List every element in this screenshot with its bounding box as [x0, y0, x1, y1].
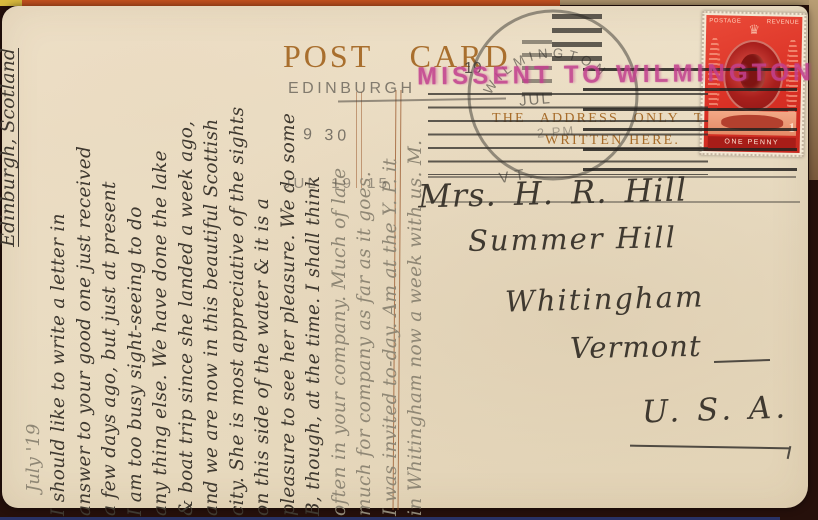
message-lines: I should like to write a letter in answe…	[46, 0, 429, 520]
cancel-bar-long-2	[426, 201, 800, 203]
message-line: answer to your good one just received	[72, 0, 98, 516]
missent-marking: MISSENT TO WILMINGTON	[417, 58, 815, 91]
address-line2: Summer Hill	[468, 220, 677, 258]
message-line: I am too busy sight-seeing to do	[123, 0, 149, 516]
message-place: Edinburgh, Scotland	[0, 0, 21, 520]
postcard-scan: POST CARD THE ADDRESS ONLY TO BE WRITTEN…	[0, 0, 818, 520]
address-line5: U. S. A.	[641, 389, 789, 430]
message-line: on this side of the water & it is a	[250, 0, 276, 516]
message-line: a few days ago, but just at present	[97, 0, 123, 516]
origin-postmark-time: 9 30	[303, 126, 351, 146]
origin-postmark-date: JUL 19 15	[283, 175, 390, 192]
message-line: much for company as far as it goes.	[352, 0, 378, 516]
message-line: any thing else. We have done the lake	[148, 0, 174, 516]
stamp-postage-label: POSTAGE	[709, 18, 741, 25]
scan-edge-right	[809, 0, 818, 180]
cancel-bars-ladder	[552, 14, 602, 66]
message-line: I was invited to-day. Am at the Y. P. it	[378, 0, 404, 516]
message-date: July '19	[21, 0, 46, 520]
handwritten-message: Edinburgh, Scotland July '19 I should li…	[0, 0, 436, 520]
message-line: often in your company. Much of late	[327, 0, 353, 516]
stamp-revenue-label: REVENUE	[767, 19, 800, 26]
crown-icon: ♛	[748, 22, 760, 38]
message-line: B, though, at the time. I shall think	[301, 0, 327, 516]
message-line: I should like to write a letter in	[46, 0, 72, 516]
address-line4: Vermont	[570, 329, 702, 365]
message-line: & boat trip since she landed a week ago,	[174, 0, 200, 516]
message-line: city. She is most appreciative of the si…	[225, 0, 251, 516]
cancel-bar-long-1	[428, 176, 796, 178]
message-line: pleasure to see her pleasure. We do some	[276, 0, 302, 516]
address-line3: Whitingham	[505, 279, 705, 318]
origin-postmark-city: EDINBURGH	[288, 80, 416, 98]
message-line: and we are now in this beautiful Scottis…	[199, 0, 225, 516]
